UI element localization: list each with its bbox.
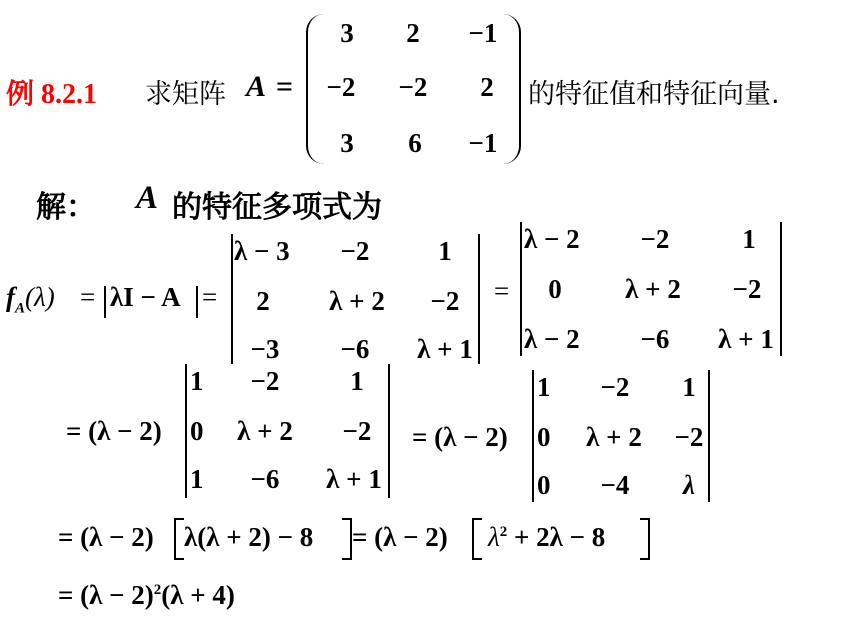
- det-cell: −2: [590, 372, 640, 403]
- equals-sign: =: [202, 282, 217, 313]
- det-cell: λ + 2: [578, 422, 650, 453]
- matrix-cell: 2: [388, 18, 438, 49]
- det-cell: 1: [724, 224, 774, 255]
- matrix-symbol: A: [246, 70, 266, 104]
- left-bracket: [174, 518, 184, 560]
- det-cell: 1: [537, 372, 557, 403]
- det-cell: λ − 3: [234, 236, 300, 267]
- det-bar-left: [532, 370, 534, 502]
- final-factorization: = (λ − 2)2(λ + 4): [58, 580, 235, 611]
- det-cell: −2: [664, 422, 714, 453]
- bracket1-content: λ(λ + 2) − 8: [184, 522, 313, 553]
- det-cell: λ + 1: [712, 324, 780, 355]
- solution-matrix-symbol: A: [136, 180, 158, 217]
- det-cell: −6: [330, 334, 380, 365]
- det-cell: −4: [590, 470, 640, 501]
- det-cell: 1: [190, 464, 210, 495]
- left-bracket: [472, 518, 482, 560]
- det-cell: 1: [190, 366, 210, 397]
- det-cell: −6: [240, 464, 290, 495]
- matrix-cell: −1: [458, 128, 508, 159]
- det-cell: 0: [190, 416, 210, 447]
- matrix-cell: −2: [388, 72, 438, 103]
- solution-intro-text: 的特征多项式为: [172, 182, 382, 226]
- det-cell: −2: [722, 274, 772, 305]
- right-bracket: [640, 518, 650, 560]
- det-cell: 1: [332, 366, 382, 397]
- bracket2-content: λ2 + 2λ − 8: [488, 522, 605, 553]
- det-bar-right: [478, 234, 480, 364]
- matrix-cell: 3: [322, 128, 372, 159]
- det-cell: −2: [420, 286, 470, 317]
- factor-prefix: = (λ − 2): [66, 416, 162, 447]
- det-cell: λ + 1: [320, 464, 388, 495]
- det-cell: −2: [630, 224, 680, 255]
- matrix-cell: −1: [458, 18, 508, 49]
- det-cell: 0: [530, 274, 580, 305]
- matrix-cell: 3: [322, 18, 372, 49]
- det-cell: λ − 2: [524, 324, 594, 355]
- det-cell: −2: [330, 236, 380, 267]
- det-cell: 2: [238, 286, 288, 317]
- equals-sign: =: [80, 282, 95, 313]
- example-label: 例 8.2.1: [6, 72, 97, 112]
- det-cell: −2: [332, 416, 382, 447]
- det-cell: λ + 2: [230, 416, 300, 447]
- det-cell: 0: [537, 422, 557, 453]
- equals-sign: =: [276, 70, 293, 104]
- solution-label: 解：: [36, 182, 96, 226]
- det-cell: 1: [420, 236, 470, 267]
- equals-sign: =: [494, 276, 509, 307]
- matrix-cell: 2: [462, 72, 512, 103]
- expansion-part1: = (λ − 2): [58, 522, 154, 553]
- det-cell: λ − 2: [524, 224, 594, 255]
- problem-prompt-suffix: 的特征值和特征向量.: [528, 72, 780, 111]
- det-cell: −2: [240, 366, 290, 397]
- problem-prompt-prefix: 求矩阵: [145, 72, 226, 111]
- char-poly-lhs: fA(λ): [6, 282, 55, 317]
- det-cell: λ + 2: [322, 286, 392, 317]
- det-cell: λ + 1: [412, 334, 478, 365]
- det-cell: 1: [664, 372, 714, 403]
- det-bar-left: [520, 222, 522, 356]
- det-expr: λI − A: [110, 282, 181, 313]
- factor-prefix: = (λ − 2): [412, 422, 508, 453]
- det-bar-left: [104, 286, 106, 318]
- det-bar-right: [388, 364, 390, 498]
- det-bar-left: [185, 364, 187, 498]
- det-bar-right: [196, 286, 198, 318]
- det-cell: −3: [240, 334, 290, 365]
- det-bar-right: [780, 222, 782, 356]
- matrix-cell: −2: [316, 72, 366, 103]
- det-cell: λ: [664, 470, 714, 501]
- det-cell: 0: [537, 470, 557, 501]
- det-cell: −6: [630, 324, 680, 355]
- right-bracket: [342, 518, 352, 560]
- det-bar-left: [231, 234, 233, 364]
- expansion-part2: = (λ − 2): [352, 522, 448, 553]
- det-cell: λ + 2: [616, 274, 690, 305]
- matrix-cell: 6: [390, 128, 440, 159]
